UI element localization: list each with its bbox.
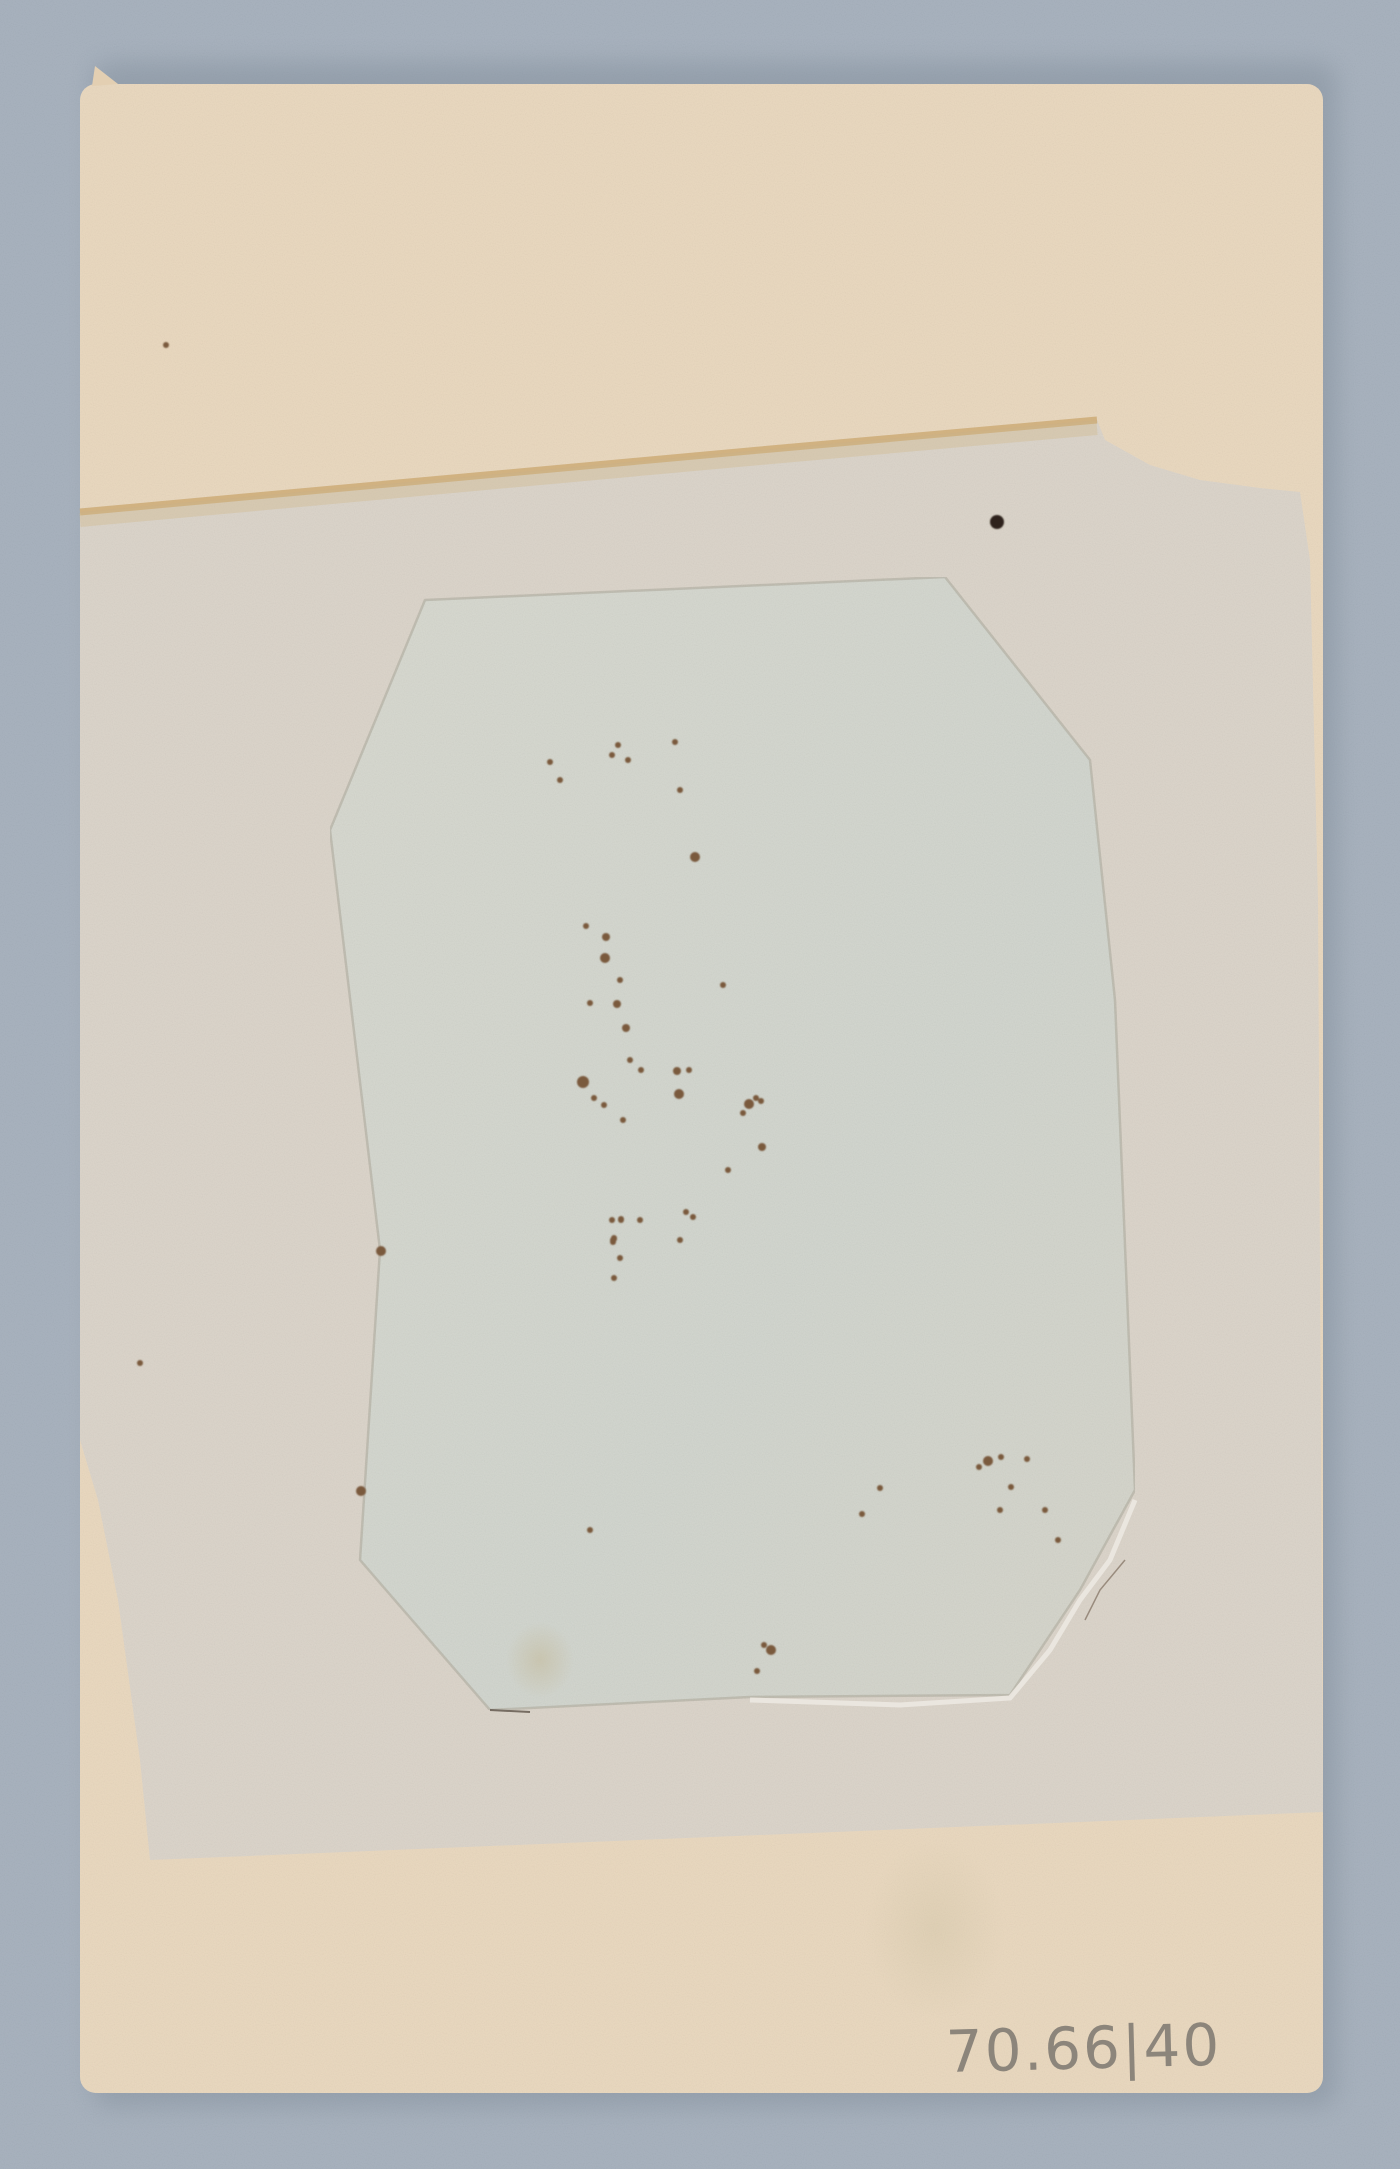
foxing-spot xyxy=(617,1255,623,1261)
foxing-spot xyxy=(753,1095,759,1101)
foxing-spot xyxy=(622,1024,630,1032)
foxing-spot xyxy=(627,1057,633,1063)
octagonal-paper xyxy=(330,577,1135,1710)
foxing-spot xyxy=(758,1098,764,1104)
foxing-spot xyxy=(620,1117,626,1123)
foxing-spot xyxy=(761,1642,767,1648)
foxing-spot xyxy=(1055,1537,1061,1543)
foxing-spot xyxy=(758,1143,766,1151)
foxing-spot xyxy=(998,1454,1004,1460)
foxing-spot xyxy=(611,1275,617,1281)
foxing-spot xyxy=(583,923,589,929)
foxing-spot xyxy=(610,1239,616,1245)
foxing-spot xyxy=(609,1217,615,1223)
foxing-spot xyxy=(725,1167,731,1173)
photo-scene: 70.66|40 xyxy=(0,0,1400,2169)
foxing-spot xyxy=(137,1360,143,1366)
foxing-spot xyxy=(1042,1507,1048,1513)
foxing-spot xyxy=(600,953,610,963)
foxing-spot xyxy=(577,1076,589,1088)
foxing-spot xyxy=(591,1095,597,1101)
foxing-spot xyxy=(376,1246,386,1256)
foxing-spot xyxy=(615,742,621,748)
foxing-spot xyxy=(557,777,563,783)
foxing-spot xyxy=(754,1668,760,1674)
card-stain xyxy=(865,1840,1005,2020)
foxing-spot xyxy=(618,1217,624,1223)
foxing-spot xyxy=(877,1485,883,1491)
foxing-spot xyxy=(672,739,678,745)
foxing-spot xyxy=(613,1000,621,1008)
foxing-spot xyxy=(997,1507,1003,1513)
foxing-spot xyxy=(976,1464,982,1470)
foxing-spot xyxy=(983,1456,993,1466)
foxing-spot xyxy=(356,1486,366,1496)
foxing-spot xyxy=(617,977,623,983)
foxing-spot xyxy=(625,757,631,763)
water-stain xyxy=(506,1622,574,1698)
foxing-spot xyxy=(601,1102,607,1108)
foxing-spot xyxy=(690,1214,696,1220)
foxing-spot xyxy=(766,1645,776,1655)
catalog-number-inscription: 70.66|40 xyxy=(945,2011,1222,2086)
foxing-spot xyxy=(859,1511,865,1517)
foxing-spot xyxy=(1008,1484,1014,1490)
foxing-spot xyxy=(587,1527,593,1533)
foxing-spot xyxy=(638,1067,644,1073)
foxing-spot xyxy=(1024,1456,1030,1462)
foxing-spot xyxy=(686,1067,692,1073)
foxing-spot xyxy=(690,852,700,862)
foxing-spot xyxy=(637,1217,643,1223)
foxing-spot xyxy=(677,1237,683,1243)
foxing-spot xyxy=(674,1089,684,1099)
foxing-spot xyxy=(163,342,169,348)
foxing-spot xyxy=(547,759,553,765)
foxing-spot xyxy=(990,515,1004,529)
foxing-spot xyxy=(720,982,726,988)
foxing-spot xyxy=(740,1110,746,1116)
foxing-spot xyxy=(683,1209,689,1215)
foxing-spot xyxy=(673,1067,681,1075)
foxing-spot xyxy=(677,787,683,793)
card-illustration xyxy=(0,0,1400,2169)
foxing-spot xyxy=(609,752,615,758)
foxing-spot xyxy=(602,933,610,941)
foxing-spot xyxy=(587,1000,593,1006)
foxing-spot xyxy=(744,1099,754,1109)
